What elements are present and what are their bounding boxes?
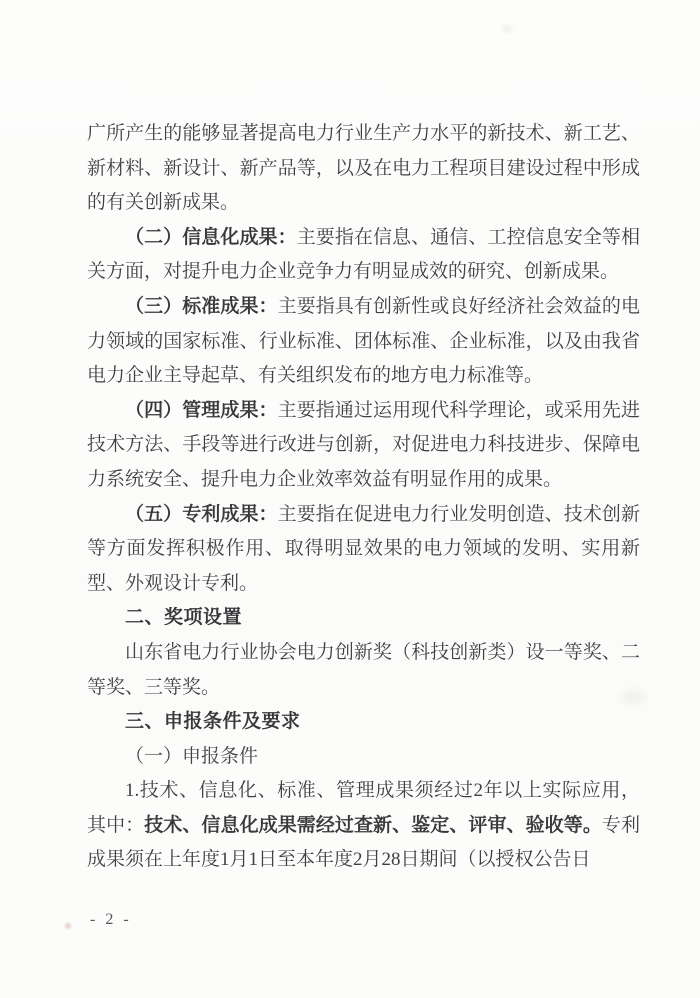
document-body: 广所产生的能够显著提高电力行业生产力水平的新技术、新工艺、新材料、新设计、新产品…	[87, 117, 640, 878]
scanned-document-page: 广所产生的能够显著提高电力行业生产力水平的新技术、新工艺、新材料、新设计、新产品…	[0, 0, 700, 998]
section-heading-award-setup: 二、奖项设置	[87, 601, 640, 636]
paragraph-item-3-standard-results: （三）标准成果：主要指具有创新性或良好经济社会效益的电力领域的国家标准、行业标准…	[87, 290, 640, 394]
scan-speck	[65, 923, 71, 929]
paragraph-award-tiers: 山东省电力行业协会电力创新奖（科技创新类）设一等奖、二等奖、三等奖。	[87, 636, 640, 705]
paragraph-item-5-patent-results: （五）专利成果：主要指在促进电力行业发明创造、技术创新等方面发挥积极作用、取得明…	[87, 498, 640, 602]
section-heading-application-requirements: 三、申报条件及要求	[87, 705, 640, 740]
item-2-label: （二）信息化成果：	[125, 227, 297, 248]
item-4-label: （四）管理成果：	[125, 400, 278, 421]
paragraph-continuation: 广所产生的能够显著提高电力行业生产力水平的新技术、新工艺、新材料、新设计、新产品…	[87, 117, 640, 221]
item-5-label: （五）专利成果：	[125, 504, 278, 525]
scan-smudge	[502, 26, 512, 32]
condition-1-emphasis: 技术、信息化成果需经过查新、鉴定、评审、验收等。	[144, 815, 602, 836]
page-number: - 2 -	[90, 911, 132, 929]
paragraph-condition-1: 1.技术、信息化、标准、管理成果须经过2年以上实际应用，其中：技术、信息化成果需…	[87, 774, 640, 878]
paragraph-item-4-management-results: （四）管理成果：主要指通过运用现代科学理论，或采用先进技术方法、手段等进行改进与…	[87, 394, 640, 498]
subsection-heading-application-conditions: （一）申报条件	[87, 740, 640, 775]
item-3-label: （三）标准成果：	[125, 296, 278, 317]
paragraph-item-2-information-results: （二）信息化成果：主要指在信息、通信、工控信息安全等相关方面，对提升电力企业竞争…	[87, 221, 640, 290]
